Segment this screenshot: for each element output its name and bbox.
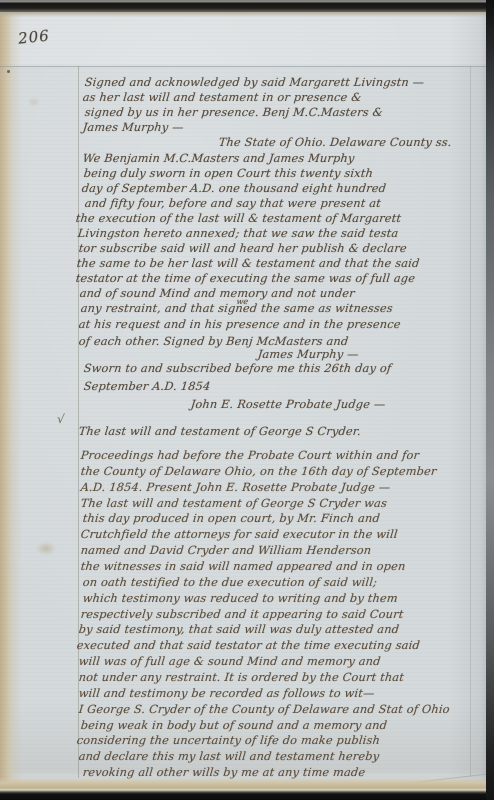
handwritten-line: being duly sworn in open Court this twen…	[83, 167, 374, 180]
handwritten-line: will and testimony be recorded as follow…	[78, 687, 375, 700]
handwritten-line: Livingston hereto annexed; that we saw t…	[77, 227, 399, 240]
handwritten-line: The last will and testament of George S …	[78, 425, 362, 438]
handwritten-line: We Benjamin M.C.Masters and James Murphy	[82, 152, 355, 165]
handwritten-line: executed and that said testator at the t…	[76, 639, 421, 652]
handwritten-line: James Murphy —	[257, 348, 359, 361]
handwritten-line: signed by us in her presence. Benj M.C.M…	[84, 106, 383, 119]
handwritten-line: and of sound Mind and memory and not und…	[79, 287, 355, 300]
handwritten-line: any restraint, and that signed the same …	[80, 302, 393, 315]
handwritten-line: the witnesses in said will named appeare…	[80, 560, 406, 573]
handwritten-line: tor subscribe said will and heard her pu…	[78, 242, 407, 255]
handwritten-line: not under any restraint. It is ordered b…	[78, 671, 405, 684]
handwritten-line: Signed and acknowledged by said Margaret…	[84, 76, 425, 89]
handwritten-line: this day produced in open court, by Mr. …	[82, 512, 381, 525]
handwritten-line: by said testimony, that said will was du…	[78, 623, 400, 636]
handwritten-line: John E. Rosette Probate Judge —	[190, 398, 386, 411]
handwritten-line: I George S. Cryder of the County of Dela…	[78, 703, 450, 716]
page-bottom-edge	[0, 777, 494, 800]
handwritten-line: James Murphy —	[82, 121, 184, 134]
handwritten-line: Crutchfield the attorneys for said execu…	[80, 528, 398, 541]
handwritten-line: the same to be her last will & testament…	[76, 257, 420, 270]
handwritten-line: named and David Cryder and William Hende…	[80, 544, 372, 557]
handwritten-line: A.D. 1854. Present John E. Rosette Proba…	[80, 481, 391, 494]
handwritten-line: on oath testified to the due execution o…	[82, 576, 378, 589]
handwritten-line: will was of full age & sound Mind and me…	[78, 655, 381, 668]
page-right-edge	[486, 0, 494, 800]
handwritten-line: The State of Ohio. Delaware County ss.	[218, 136, 452, 149]
scan-top-edge	[0, 0, 494, 12]
handwritten-line: at his request and in his presence and i…	[78, 318, 401, 331]
handwritten-line: testator at the time of executing the sa…	[75, 272, 416, 285]
handwritten-line: and fifty four, before and say that were…	[84, 197, 382, 210]
handwritten-line: respectively subscribed and it appearing…	[80, 608, 404, 621]
handwritten-line: as her last will and testament in or pre…	[82, 91, 362, 104]
handwritten-line: Sworn to and subscribed before me this 2…	[83, 362, 392, 375]
handwritten-line: of each other. Signed by Benj McMasters …	[78, 335, 349, 348]
handwritten-line: which testimony was reduced to writing a…	[82, 592, 398, 605]
handwritten-line: day of September A.D. one thousand eight…	[81, 182, 387, 195]
handwritten-line: and declare this my last will and testam…	[78, 750, 380, 763]
handwritten-line: September A.D. 1854	[83, 380, 211, 393]
ledger-page: 206 √ Signed and acknowledged by said Ma…	[0, 0, 494, 800]
handwritten-line: being weak in body but of sound and a me…	[80, 719, 388, 732]
handwritten-line: the County of Delaware Ohio, on the 16th…	[80, 465, 437, 478]
handwritten-text-block: Signed and acknowledged by said Margaret…	[0, 0, 494, 800]
handwritten-line: the execution of the last will & testame…	[75, 212, 402, 225]
scan-top-edge-fade	[0, 12, 494, 17]
handwritten-line: considering the uncertainty of life do m…	[76, 734, 381, 747]
handwritten-line: The last will and testament of George S …	[80, 497, 388, 510]
handwritten-line: Proceedings had before the Probate Court…	[80, 449, 420, 462]
